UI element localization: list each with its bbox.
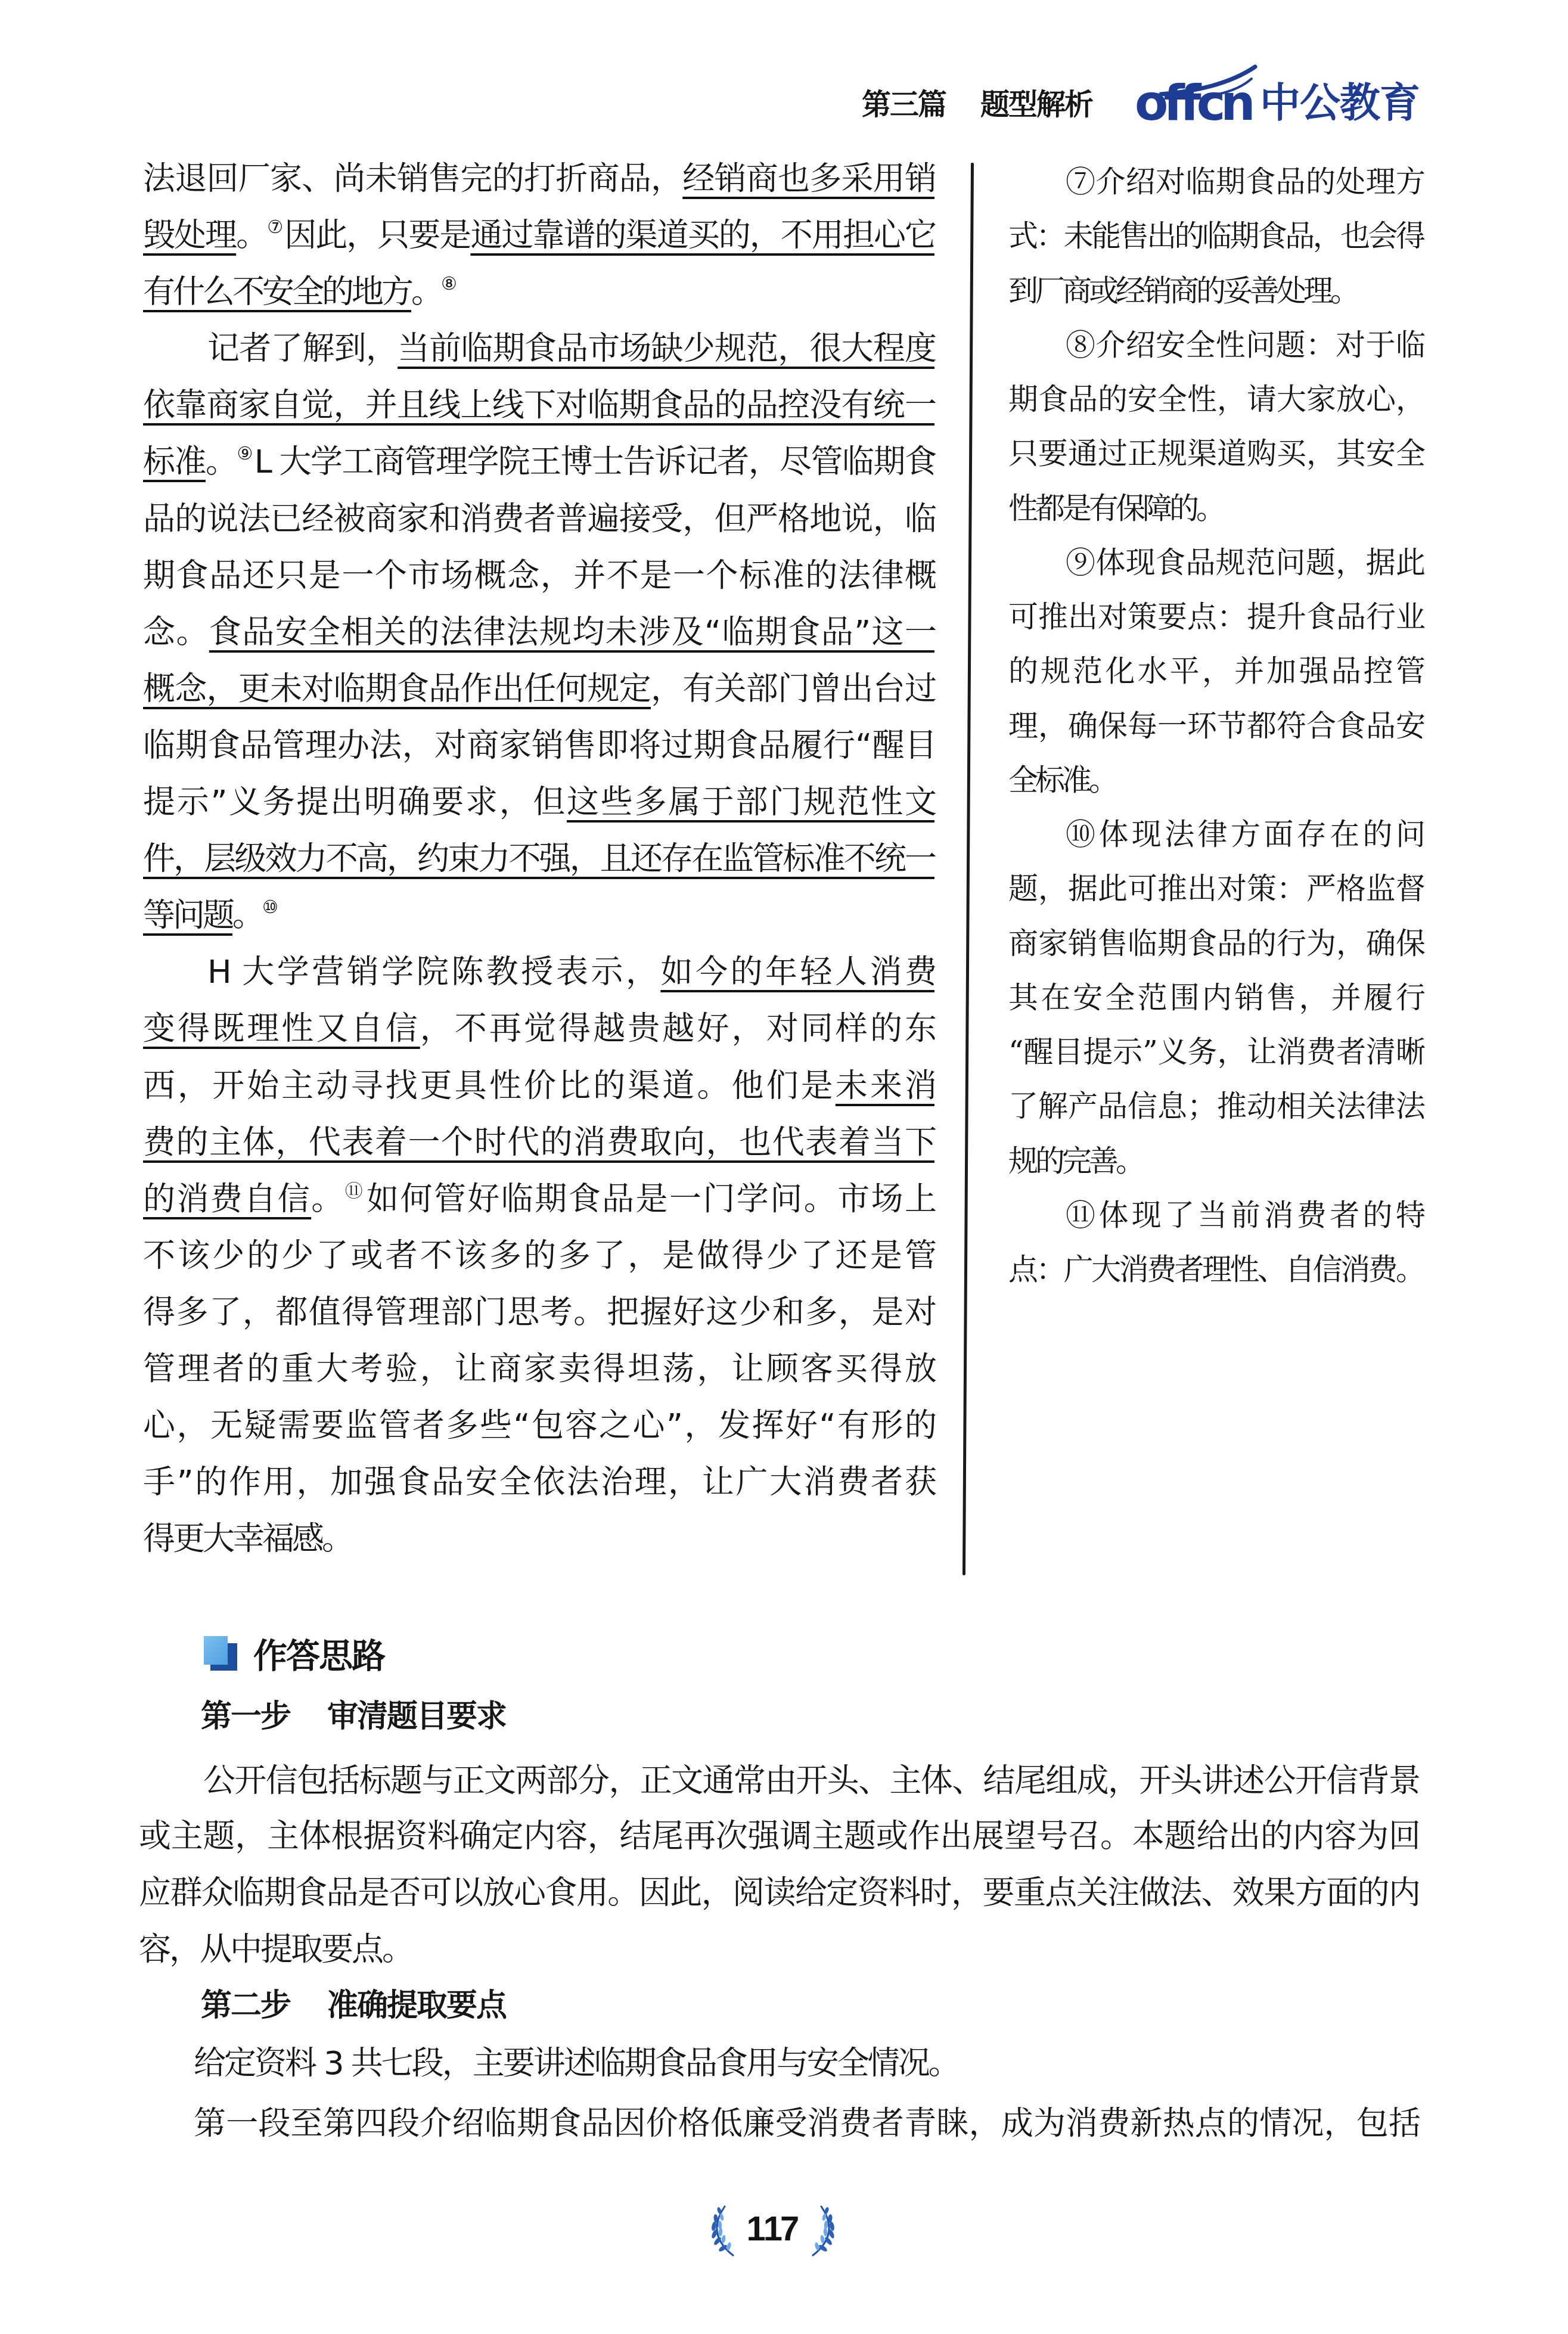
passage-text: H 大学营销学院陈教授表示， — [207, 953, 660, 991]
passage-line: 手”的作用，加强食品安全依法治理，让广大消费者获 — [143, 1454, 934, 1510]
step-title: 准确提取要点 — [327, 1988, 506, 2023]
passage-line: 费的主体，代表着一个时代的消费取向，也代表着当下 — [143, 1114, 934, 1171]
passage-line: 依靠商家自觉，并且线上线下对临期食品的品控没有统一 — [143, 377, 934, 433]
guide-line: 给定资料 3 共七段，主要讲述临期食品食用与安全情况。 — [139, 2035, 1419, 2091]
passage-column: 法退回厂家、尚未销售完的打折商品，经销商也多采用销 毁处理。⑦因此，只要是通过靠… — [143, 150, 934, 1567]
passage-line: 记者了解到，当前临期食品市场缺少规范，很大程度 — [143, 320, 934, 377]
passage-text: 品的说法已经被商家和消费者普遍接受，但严格地说，临 — [143, 500, 934, 538]
passage-text: 念。 — [143, 613, 209, 651]
passage-text: 期食品还只是一个市场概念，并不是一个标准的法律概 — [143, 557, 934, 594]
annotation-line: ⑪体现了当前消费者的特 — [1008, 1188, 1423, 1243]
annotation-number: ⑩ — [1066, 817, 1098, 852]
passage-text: 西，开始主动寻找更具性价比的渠道。他们是 — [143, 1067, 836, 1104]
passage-text: 提示”义务提出明确要求，但 — [143, 783, 567, 821]
annotation-number: ⑪ — [1066, 1198, 1098, 1233]
underlined-key-point: 毁处理 — [143, 216, 236, 254]
header-chapter: 题型解析 — [980, 88, 1092, 122]
annotation-text: 介绍对临期食品的处理方 — [1095, 165, 1423, 199]
guide-line: 容，从中提取要点。 — [139, 1921, 1419, 1978]
passage-text: ，有关部门曾出台过 — [651, 670, 934, 707]
passage-line: 件，层级效力不高，约束力不强，且还存在监管标准不统一 — [143, 830, 934, 887]
annotation-line: 点：广大消费者理性、自信消费。 — [1008, 1243, 1423, 1297]
passage-line: 得多了，都值得管理部门思考。把握好这少和多，是对 — [143, 1284, 934, 1340]
passage-text: 管理者的重大考验，让商家卖得坦荡，让顾客买得放 — [143, 1350, 934, 1388]
passage-text: 。 — [232, 896, 262, 934]
header-part: 第三篇 — [862, 88, 946, 122]
logo-wordmark: offcn — [1135, 77, 1251, 131]
passage-line: 概念，更未对临期食品作出任何规定，有关部门曾出台过 — [143, 660, 934, 717]
underlined-key-point: 有什么不安全的地方 — [143, 273, 411, 311]
underlined-key-point: 标准 — [143, 443, 206, 480]
annotation-text: 介绍安全性问题：对于临 — [1095, 328, 1423, 362]
guide-line: 第一段至第四段介绍临期食品因价格低廉受消费者青睐，成为消费新热点的情况，包括 — [139, 2095, 1419, 2152]
passage-text: 法退回厂家、尚未销售完的打折商品， — [143, 160, 682, 197]
annotation-line: 的规范化水平，并加强品控管 — [1008, 644, 1423, 699]
passage-text: 不该少的少了或者不该多的多了，是做得少了还是管 — [143, 1237, 934, 1274]
annotation-line: ⑨体现食品规范问题，据此 — [1008, 536, 1423, 590]
guide-line: 应群众临期食品是否可以放心食用。因此，阅读给定资料时，要重点关注做法、效果方面的… — [139, 1864, 1419, 1921]
passage-line: 不该少的少了或者不该多的多了，是做得少了还是管 — [143, 1227, 934, 1284]
passage-line: 变得既理性又自信，不再觉得越贵越好，对同样的东 — [143, 1000, 934, 1057]
annotation-line: 期食品的安全性，请大家放心， — [1008, 373, 1423, 427]
passage-text: 得更大幸福感。 — [143, 1520, 352, 1557]
annotation-marker: ⑧ — [441, 274, 457, 294]
passage-line: 提示”义务提出明确要求，但这些多属于部门规范性文 — [143, 774, 934, 830]
annotation-line: 可推出对策要点：提升食品行业 — [1008, 590, 1423, 644]
annotation-line: “醒目提示”义务，让消费者清晰 — [1008, 1025, 1423, 1079]
annotation-line: 性都是有保障的。 — [1008, 482, 1423, 536]
underlined-key-point: 件，层级效力不高，约束力不强，且还存在监管标准不统一 — [143, 840, 934, 877]
laurel-right-icon — [808, 2204, 836, 2258]
step-title: 审清题目要求 — [327, 1699, 506, 1734]
section-heading: 作答思路 — [253, 1637, 384, 1675]
passage-line: 西，开始主动寻找更具性价比的渠道。他们是未来消 — [143, 1057, 934, 1114]
annotation-line: 全标准。 — [1008, 753, 1423, 808]
passage-line: H 大学营销学院陈教授表示，如今的年轻人消费 — [143, 943, 934, 1000]
annotation-line: 规的完善。 — [1008, 1134, 1423, 1188]
passage-text: 心，无疑需要监管者多些“包容之心”，发挥好“有形的 — [143, 1407, 934, 1444]
step-heading: 第二步准确提取要点 — [201, 1978, 506, 2034]
annotation-line: 题，据此可推出对策：严格监督 — [1008, 862, 1423, 916]
passage-text: 得多了，都值得管理部门思考。把握好这少和多，是对 — [143, 1293, 934, 1331]
underlined-key-point: 如今的年轻人消费 — [660, 953, 934, 991]
passage-line: 等问题。⑩ — [143, 887, 934, 943]
annotation-line: 商家销售临期食品的行为，确保 — [1008, 917, 1423, 971]
passage-line: 得更大幸福感。 — [143, 1510, 934, 1567]
passage-text: 。 — [236, 216, 267, 254]
underlined-key-point: 经销商也多采用销 — [682, 160, 934, 197]
laurel-left-icon — [710, 2204, 738, 2258]
passage-line: 法退回厂家、尚未销售完的打折商品，经销商也多采用销 — [143, 150, 934, 207]
passage-line: 毁处理。⑦因此，只要是通过靠谱的渠道买的，不用担心它 — [143, 207, 934, 263]
underlined-key-point: 通过靠谱的渠道买的，不用担心它 — [470, 216, 934, 254]
underlined-key-point: 这些多属于部门规范性文 — [567, 783, 934, 821]
passage-text: ，不再觉得越贵越好，对同样的东 — [420, 1010, 934, 1047]
underlined-key-point: 依靠商家自觉，并且线上线下对临期食品的品控没有统一 — [143, 386, 934, 424]
page-number: 117 — [745, 2211, 799, 2247]
annotation-marker: ⑦ — [267, 217, 284, 238]
passage-line: 心，无疑需要监管者多些“包容之心”，发挥好“有形的 — [143, 1397, 934, 1454]
passage-line: 的消费自信。⑪如何管好临期食品是一门学问。市场上 — [143, 1171, 934, 1227]
passage-text: 记者了解到， — [207, 330, 398, 367]
step-label: 第一步 — [201, 1699, 290, 1734]
underlined-key-point: 等问题 — [143, 896, 232, 934]
guide-line: 公开信包括标题与正文两部分，正文通常由开头、主体、结尾组成，开头讲述公开信背景 — [139, 1752, 1419, 1809]
step-label: 第二步 — [201, 1988, 290, 2023]
annotation-text: 体现法律方面存在的问 — [1098, 817, 1423, 852]
annotation-column: ⑦介绍对临期食品的处理方 式：未能售出的临期食品，也会得 到厂商或经销商的妥善处… — [1008, 155, 1423, 1297]
annotation-text: 体现了当前消费者的特 — [1098, 1198, 1423, 1233]
annotation-marker: ⑪ — [345, 1181, 367, 1202]
annotation-number: ⑦ — [1066, 165, 1095, 199]
passage-text: L 大学工商管理学院王博士告诉记者，尽管临期食 — [254, 443, 934, 480]
column-divider — [962, 163, 974, 1575]
passage-text: 如何管好临期食品是一门学问。市场上 — [367, 1180, 934, 1218]
passage-line: 念。食品安全相关的法律法规均未涉及“临期食品”这一 — [143, 604, 934, 660]
underlined-key-point: 未来消 — [836, 1067, 934, 1104]
passage-text: 因此，只要是 — [284, 216, 470, 254]
underlined-key-point: 的消费自信 — [143, 1180, 311, 1218]
underlined-key-point: 费的主体，代表着一个时代的消费取向，也代表着当下 — [143, 1123, 934, 1161]
passage-line: 有什么不安全的地方。⑧ — [143, 263, 934, 320]
annotation-marker: ⑨ — [237, 443, 254, 464]
passage-text: 。 — [411, 273, 441, 311]
passage-line: 管理者的重大考验，让商家卖得坦荡，让顾客买得放 — [143, 1340, 934, 1397]
passage-line: 临期食品管理办法，对商家销售即将过期食品履行“醒目 — [143, 717, 934, 774]
step-heading: 第一步审清题目要求 — [201, 1689, 506, 1745]
book-page: 第三篇题型解析 offcn 中公教育 法退回厂家、尚未销售完的打折商品，经销商也… — [0, 0, 1568, 2334]
logo-brand-name: 中公教育 — [1260, 80, 1420, 128]
annotation-marker: ⑩ — [262, 897, 278, 918]
annotation-line: 只要通过正规渠道购买，其安全 — [1008, 427, 1423, 481]
annotation-line: 了解产品信息；推动相关法律法 — [1008, 1079, 1423, 1134]
passage-text: 。 — [311, 1180, 344, 1218]
annotation-line: ⑧介绍安全性问题：对于临 — [1008, 318, 1423, 373]
annotation-number: ⑨ — [1066, 545, 1095, 580]
underlined-key-point: 当前临期食品市场缺少规范，很大程度 — [398, 330, 934, 367]
passage-line: 品的说法已经被商家和消费者普遍接受，但严格地说，临 — [143, 491, 934, 547]
guide-line: 或主题，主体根据资料确定内容，结尾再次强调主题或作出展望号召。本题给出的内容为回 — [139, 1808, 1419, 1864]
passage-line: 期食品还只是一个市场概念，并不是一个标准的法律概 — [143, 547, 934, 604]
passage-text: 。 — [206, 443, 237, 480]
section-square-icon — [204, 1636, 228, 1665]
annotation-number: ⑧ — [1066, 328, 1095, 362]
underlined-key-point: 变得既理性又自信 — [143, 1010, 420, 1047]
annotation-line: ⑩体现法律方面存在的问 — [1008, 808, 1423, 862]
annotation-line: 到厂商或经销商的妥善处理。 — [1008, 264, 1423, 318]
annotation-line: 式：未能售出的临期食品，也会得 — [1008, 209, 1423, 263]
underlined-key-point: 概念，更未对临期食品作出任何规定 — [143, 670, 651, 707]
annotation-text: 体现食品规范问题，据此 — [1095, 545, 1423, 580]
annotation-line: 理，确保每一环节都符合食品安 — [1008, 699, 1423, 753]
annotation-line: ⑦介绍对临期食品的处理方 — [1008, 155, 1423, 209]
annotation-line: 其在安全范围内销售，并履行 — [1008, 971, 1423, 1025]
running-header: 第三篇题型解析 — [862, 87, 1092, 123]
passage-text: 手”的作用，加强食品安全依法治理，让广大消费者获 — [143, 1463, 934, 1501]
passage-line: 标准。⑨L 大学工商管理学院王博士告诉记者，尽管临期食 — [143, 433, 934, 490]
underlined-key-point: 食品安全相关的法律法规均未涉及“临期食品”这一 — [209, 613, 934, 651]
passage-text: 临期食品管理办法，对商家销售即将过期食品履行“醒目 — [143, 727, 934, 764]
